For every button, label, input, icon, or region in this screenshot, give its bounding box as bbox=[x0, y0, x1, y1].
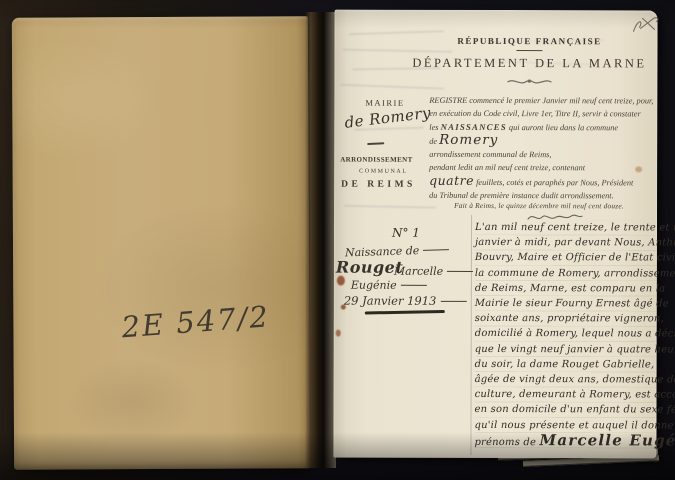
dateline: Fait à Reims, le quinze décembre mil neu… bbox=[454, 201, 624, 210]
margin-date: 29 Janvier 1913 bbox=[344, 294, 467, 308]
act-line: culture, demeurant à Romery, est accouch… bbox=[475, 387, 657, 403]
preamble-text: feuillets, cotés et paraphés par Nous, P… bbox=[474, 178, 633, 187]
act-line: en son domicile d'un enfant du sexe fémi… bbox=[475, 402, 657, 418]
act-line: janvier à midi, par devant Nous, Anthime bbox=[475, 235, 657, 251]
commune-handwritten: Romery bbox=[439, 132, 498, 148]
preamble-text: les bbox=[429, 122, 440, 131]
communal-label: COMMUNAL bbox=[359, 169, 407, 175]
act-number: N° 1 bbox=[392, 226, 420, 240]
republic-title: RÉPUBLIQUE FRANÇAISE bbox=[406, 36, 652, 47]
arrondissement-label: ARRONDISSEMENT bbox=[340, 156, 413, 164]
register-preamble: REGISTRE commencé le premier Janvier mil… bbox=[429, 95, 657, 203]
margin-firstname: Marcelle bbox=[394, 265, 473, 278]
archive-cote: 2E 547/2 bbox=[120, 299, 271, 344]
child-names: Marcelle Eugénie . bbox=[539, 431, 675, 449]
act-line: L'an mil neuf cent treize, le trente et … bbox=[475, 220, 657, 236]
act-line: du soir, la dame Rouget Gabrielle, bbox=[475, 357, 657, 373]
foxing-spot bbox=[336, 330, 341, 337]
archive-scan-background: 2E 547/2 RÉPUBLIQUE FRANÇAISE bbox=[0, 0, 675, 480]
preamble-line: de Romery bbox=[429, 134, 657, 149]
margin-middlename: Eugénie bbox=[351, 279, 427, 292]
de-reims-label: DE REIMS bbox=[341, 180, 416, 190]
preamble-line: arrondissement communal de Reims, bbox=[429, 149, 657, 162]
foxing-spot bbox=[337, 276, 345, 286]
preamble-line: quatre feuillets, cotés et paraphés par … bbox=[429, 175, 657, 190]
preamble-line: en exécution du Code civil, Livre 1er, T… bbox=[429, 108, 657, 121]
act-line: Bouvry, Maire et Officier de l'Etat civi… bbox=[475, 250, 657, 266]
act-line: âgée de vingt deux ans, domestique de bbox=[475, 372, 657, 388]
act-line: de Reims, Marne, est comparu en la bbox=[475, 281, 657, 297]
naissances-word: NAISSANCES bbox=[441, 121, 507, 131]
act-body: L'an mil neuf cent treize, le trente et … bbox=[474, 220, 657, 451]
preamble-text: qui auront lieu dans la commune bbox=[507, 123, 618, 132]
page-header: RÉPUBLIQUE FRANÇAISE DÉPARTEMENT DE LA M… bbox=[406, 36, 652, 87]
preamble-text: de bbox=[429, 137, 439, 146]
preamble-line: REGISTRE commencé le premier Janvier mil… bbox=[429, 95, 657, 108]
margin-rule bbox=[470, 215, 472, 455]
act-line: soixante ans, propriétaire vigneron, bbox=[475, 311, 657, 327]
act-line: que le vingt neuf janvier à quatre heure… bbox=[475, 342, 657, 358]
ornament-divider-icon bbox=[505, 77, 553, 86]
book-cover: 2E 547/2 bbox=[12, 16, 310, 470]
department-title: DÉPARTEMENT DE LA MARNE bbox=[406, 56, 652, 72]
mairie-underline bbox=[367, 142, 384, 145]
header-divider bbox=[516, 50, 542, 51]
margin-divider-line bbox=[365, 310, 445, 314]
act-line: la commune de Romery, arrondissement bbox=[475, 266, 657, 282]
act-line-prefix: prénoms de bbox=[474, 437, 539, 448]
act-line: Mairie le sieur Fourny Ernest âgé de bbox=[475, 296, 657, 312]
feuillets-count-handwritten: quatre bbox=[429, 173, 474, 188]
act-last-line: prénoms de Marcelle Eugénie . bbox=[474, 433, 656, 451]
act-line: domicilié à Romery, lequel nous a déclar… bbox=[475, 326, 657, 342]
binding-gutter-shadow bbox=[305, 12, 336, 468]
register-page: RÉPUBLIQUE FRANÇAISE DÉPARTEMENT DE LA M… bbox=[333, 10, 657, 459]
